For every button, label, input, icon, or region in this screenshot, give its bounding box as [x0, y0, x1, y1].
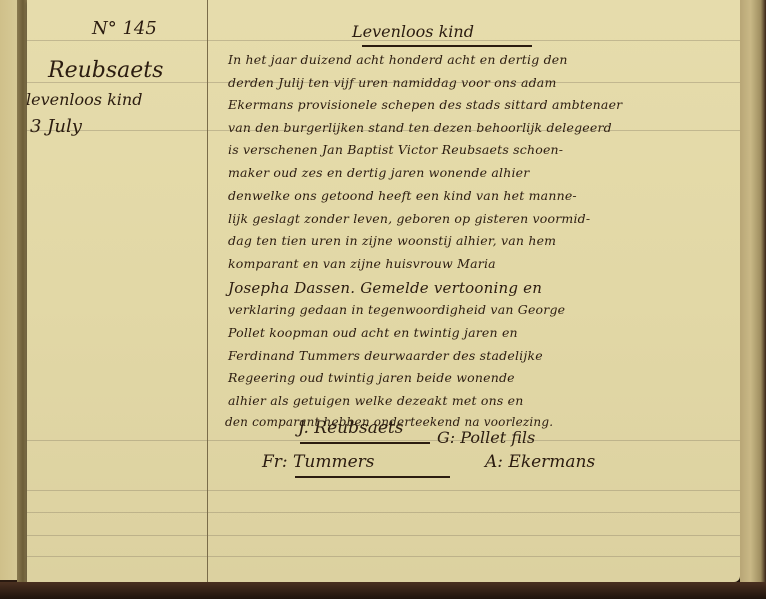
record-title: Levenloos kind	[352, 22, 474, 41]
signature-flourish	[300, 442, 430, 444]
body-line: lijk geslagt zonder leven, geboren op gi…	[228, 211, 590, 226]
ruled-line	[27, 490, 740, 491]
body-line: dag ten tien uren in zijne woonstij alhi…	[228, 233, 556, 248]
book-binding-bottom	[0, 582, 766, 599]
body-line: is verschenen Jan Baptist Victor Reubsae…	[228, 142, 563, 157]
margin-surname: Reubsaets	[48, 58, 163, 83]
body-line: Regeering oud twintig jaren beide wonend…	[228, 370, 515, 385]
title-underline	[362, 45, 532, 47]
entry-number: N° 145	[92, 18, 157, 39]
body-line: van den burgerlijken stand ten dezen beh…	[228, 120, 612, 135]
signature-flourish	[295, 476, 450, 478]
signature-ekermans: A: Ekermans	[485, 452, 595, 472]
body-line: komparant en van zijne huisvrouw Maria	[228, 256, 496, 271]
signature-reubsaets: J. Reubsaets	[298, 418, 403, 438]
body-line: verklaring gedaan in tegenwoordigheid va…	[228, 302, 565, 317]
margin-date: 3 July	[30, 116, 82, 137]
ruled-line	[27, 535, 740, 536]
body-line: maker oud zes en dertig jaren wonende al…	[228, 165, 529, 180]
signature-pollet: G: Pollet fils	[437, 428, 535, 447]
page-edge-right	[740, 0, 766, 590]
body-line: denwelke ons getoond heeft een kind van …	[228, 188, 577, 203]
margin-rule	[207, 0, 208, 582]
body-line: In het jaar duizend acht honderd acht en…	[228, 52, 568, 67]
body-line: Ferdinand Tummers deurwaarder des stadel…	[228, 348, 543, 363]
body-line: derden Julij ten vijf uren namiddag voor…	[228, 75, 557, 90]
ruled-line	[27, 556, 740, 557]
signature-tummers: Fr: Tummers	[262, 452, 375, 472]
ruled-line	[27, 440, 740, 441]
body-line: Ekermans provisionele schepen des stads …	[228, 97, 622, 112]
margin-record-type: levenloos kind	[26, 90, 142, 109]
body-line: alhier als getuigen welke dezeakt met on…	[228, 393, 523, 408]
ruled-line	[27, 512, 740, 513]
body-line: Pollet koopman oud acht en twintig jaren…	[228, 325, 518, 340]
body-line: Josepha Dassen. Gemelde vertooning en	[228, 279, 542, 297]
